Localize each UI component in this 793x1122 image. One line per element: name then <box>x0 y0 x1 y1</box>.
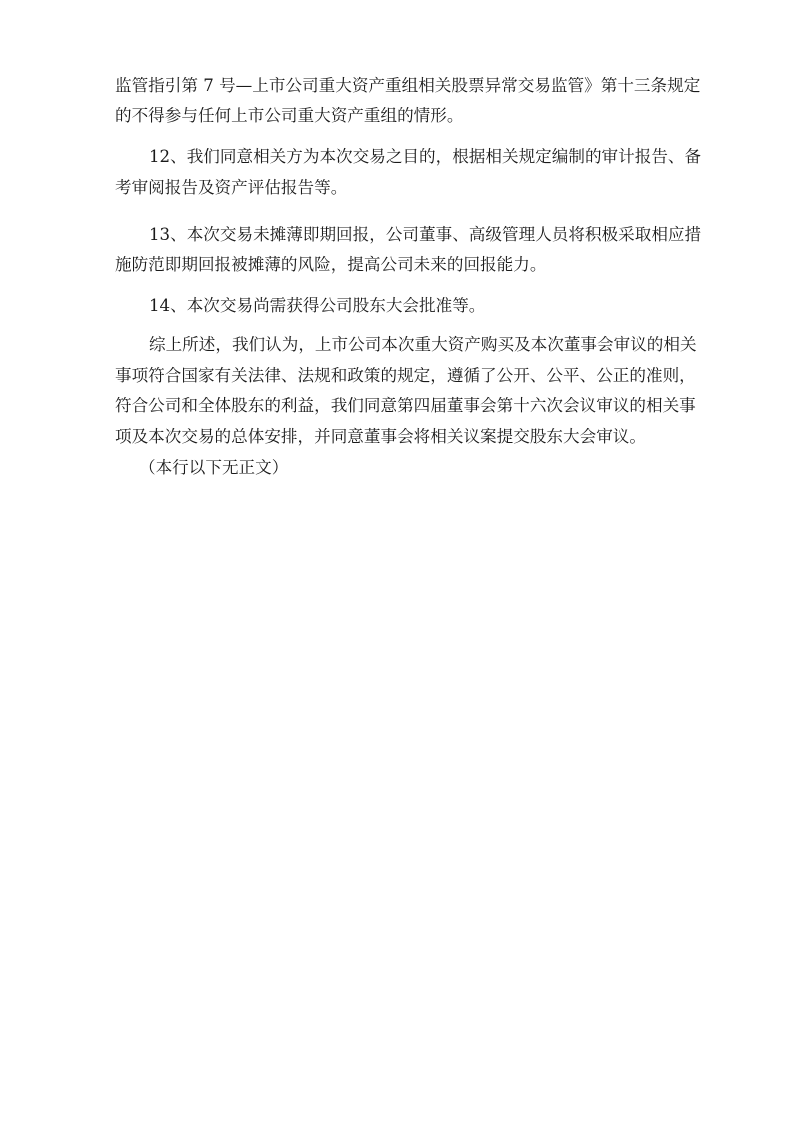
text-line: 施防范即期回报被摊薄的风险，提高公司未来的回报能力。 <box>115 254 681 276</box>
text-line: 监管指引第 7 号—上市公司重大资产重组相关股票异常交易监管》第十三条规定 <box>115 75 681 97</box>
text-line: 的不得参与任何上市公司重大资产重组的情形。 <box>115 105 681 127</box>
text-line: 12、我们同意相关方为本次交易之目的，根据相关规定编制的审计报告、备 <box>149 146 681 168</box>
text-line: 13、本次交易未摊薄即期回报，公司董事、高级管理人员将积极采取相应措 <box>149 224 681 246</box>
text-line: 14、本次交易尚需获得公司股东大会批准等。 <box>149 295 485 317</box>
text-line: （本行以下无正文） <box>139 457 288 479</box>
text-line: 事项符合国家有关法律、法规和政策的规定，遵循了公开、公平、公正的准则， <box>115 365 681 387</box>
text-line: 项及本次交易的总体安排，并同意董事会将相关议案提交股东大会审议。 <box>115 426 681 448</box>
text-line: 综上所述，我们认为，上市公司本次重大资产购买及本次董事会审议的相关 <box>149 334 681 356</box>
text-line: 考审阅报告及资产评估报告等。 <box>115 177 681 199</box>
text-line: 符合公司和全体股东的利益，我们同意第四届董事会第十六次会议审议的相关事 <box>115 395 681 417</box>
